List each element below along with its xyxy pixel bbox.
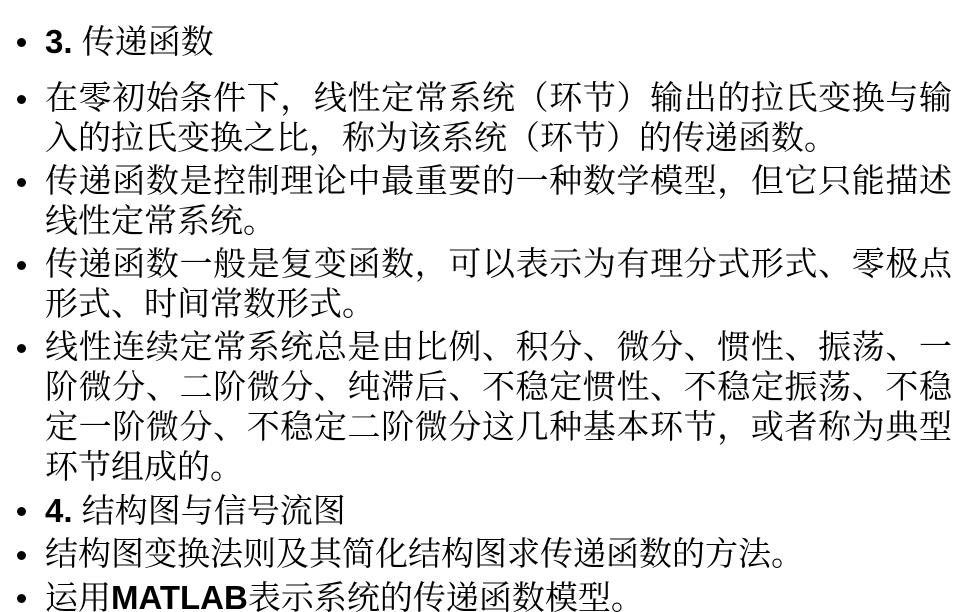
list-item: 传递函数是控制理论中最重要的一种数学模型，但它只能描述线性定常系统。 [14, 162, 952, 242]
list-item: 结构图变换法则及其简化结构图求传递函数的方法。 [14, 535, 952, 575]
bullet-text: 运用MATLAB表示系统的传递函数模型。 [45, 578, 952, 612]
list-item: 在零初始条件下，线性定常系统（环节）输出的拉氏变换与输入的拉氏变换之比，称为该系… [14, 79, 952, 159]
bold-text-segment: MATLAB [111, 579, 248, 612]
list-item: 传递函数一般是复变函数，可以表示为有理分式形式、零极点形式、时间常数形式。 [14, 245, 952, 325]
bullet-icon [14, 162, 45, 202]
text-segment: 结构图与信号流图 [82, 494, 346, 530]
text-segment: 表示系统的传递函数模型。 [248, 581, 644, 612]
bold-text-segment: 3. [45, 23, 82, 60]
bullet-icon [14, 245, 45, 285]
list-item: 4. 结构图与信号流图 [14, 491, 952, 532]
bullet-text: 传递函数一般是复变函数，可以表示为有理分式形式、零极点形式、时间常数形式。 [45, 245, 952, 325]
bullet-list: 3. 传递函数在零初始条件下，线性定常系统（环节）输出的拉氏变换与输入的拉氏变换… [14, 22, 952, 612]
text-segment: 传递函数是控制理论中最重要的一种数学模型，但它只能描述线性定常系统。 [45, 164, 952, 240]
bullet-text: 线性连续定常系统总是由比例、积分、微分、惯性、振荡、一阶微分、二阶微分、纯滞后、… [45, 328, 952, 488]
bullet-text: 传递函数是控制理论中最重要的一种数学模型，但它只能描述线性定常系统。 [45, 162, 952, 242]
text-segment: 运用 [45, 581, 111, 612]
bullet-icon [14, 22, 45, 62]
bullet-icon [14, 328, 45, 368]
text-segment: 线性连续定常系统总是由比例、积分、微分、惯性、振荡、一阶微分、二阶微分、纯滞后、… [45, 330, 952, 486]
bold-text-segment: 4. [45, 492, 82, 529]
bullet-icon [14, 491, 45, 531]
bullet-heading-text: 4. 结构图与信号流图 [45, 491, 952, 532]
bullet-icon [14, 79, 45, 119]
list-item: 运用MATLAB表示系统的传递函数模型。 [14, 578, 952, 612]
text-segment: 在零初始条件下，线性定常系统（环节）输出的拉氏变换与输入的拉氏变换之比，称为该系… [45, 81, 952, 157]
list-item: 线性连续定常系统总是由比例、积分、微分、惯性、振荡、一阶微分、二阶微分、纯滞后、… [14, 328, 952, 488]
bullet-icon [14, 535, 45, 575]
bullet-text: 在零初始条件下，线性定常系统（环节）输出的拉氏变换与输入的拉氏变换之比，称为该系… [45, 79, 952, 159]
text-segment: 传递函数一般是复变函数，可以表示为有理分式形式、零极点形式、时间常数形式。 [45, 247, 952, 323]
text-segment: 结构图变换法则及其简化结构图求传递函数的方法。 [45, 537, 804, 573]
bullet-heading-text: 3. 传递函数 [45, 22, 952, 63]
list-item: 3. 传递函数 [14, 22, 952, 63]
slide: 3. 传递函数在零初始条件下，线性定常系统（环节）输出的拉氏变换与输入的拉氏变换… [0, 0, 960, 612]
text-segment: 传递函数 [82, 25, 214, 61]
bullet-icon [14, 578, 45, 612]
bullet-text: 结构图变换法则及其简化结构图求传递函数的方法。 [45, 535, 952, 575]
